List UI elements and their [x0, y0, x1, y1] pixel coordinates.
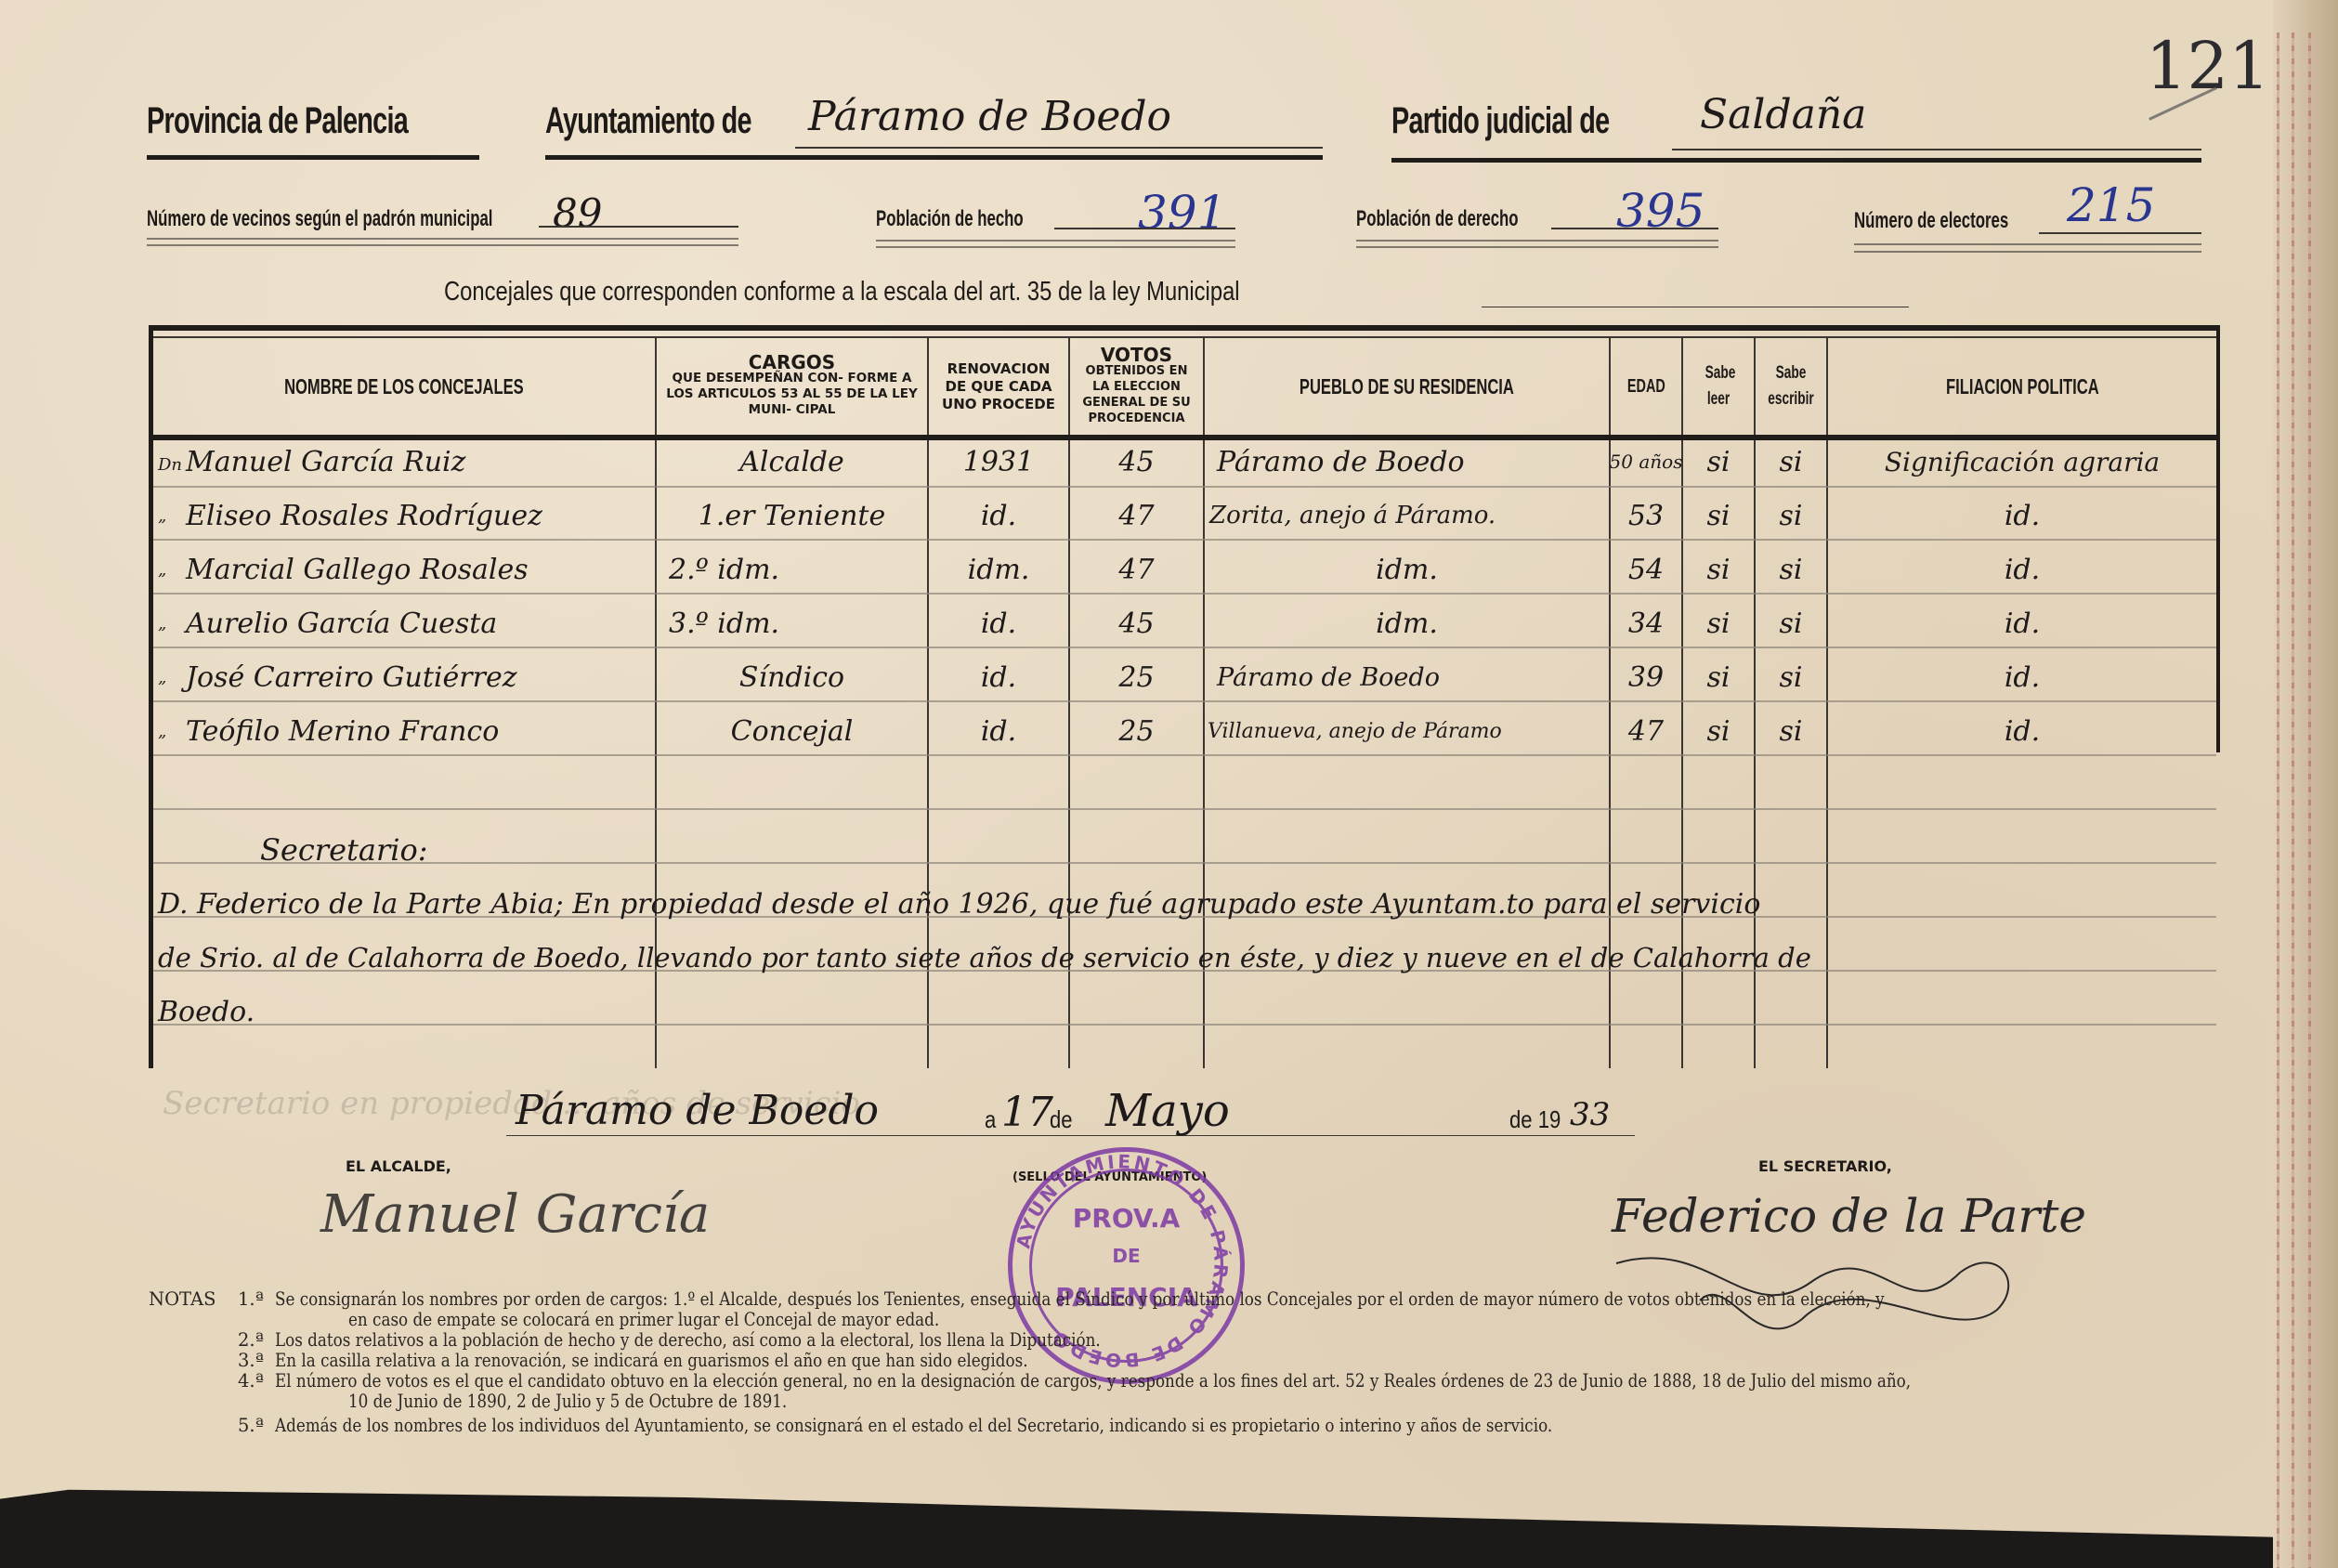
row-rule	[153, 539, 2216, 541]
pueblo-cell: Zorita, anejo á Páramo.	[1209, 492, 1496, 539]
binding-page-edge	[2292, 33, 2294, 1568]
date-de-label: de	[1050, 1105, 1073, 1134]
pueblo-cell: Páramo de Boedo	[1217, 438, 1465, 485]
col-header-leer: Sabe leer	[1683, 338, 1754, 435]
table-right-border	[2216, 325, 2220, 752]
book-binding-edge	[2273, 0, 2338, 1568]
cargo-cell: 2.º idm.	[669, 546, 779, 593]
row-prefix: „	[158, 654, 166, 700]
escribir-cell: si	[1756, 600, 1826, 647]
row-prefix: „	[158, 492, 166, 539]
filiacion-cell: id.	[1828, 492, 2216, 539]
col-header-edad: EDAD	[1611, 338, 1681, 435]
leer-cell: si	[1683, 546, 1754, 593]
renovacion-cell: id.	[929, 600, 1068, 647]
col-header-filiacion: FILIACION POLITICA	[1828, 338, 2216, 435]
leer-cell: si	[1683, 654, 1754, 700]
document-page: 121 Provincia de Palencia Ayuntamiento d…	[0, 0, 2285, 1537]
edad-cell: 47	[1611, 708, 1681, 754]
col-header-votos: VOTOS OBTENIDOS EN LA ELECCION GENERAL D…	[1070, 338, 1203, 435]
edad-cell: 39	[1611, 654, 1681, 700]
note-text: Se consignarán los nombres por orden de …	[275, 1289, 1885, 1310]
note-number: 2.ª	[238, 1330, 264, 1351]
secretario-label: EL SECRETARIO,	[1758, 1157, 1892, 1175]
row-prefix: „	[158, 708, 166, 754]
escribir-cell: si	[1756, 438, 1826, 485]
filiacion-cell: id.	[1828, 654, 2216, 700]
renovacion-cell: id.	[929, 654, 1068, 700]
nombre-cell: Marcial Gallego Rosales	[186, 546, 529, 593]
pueblo-cell: idm.	[1205, 546, 1609, 593]
votos-cell: 47	[1070, 546, 1203, 593]
col-header-renovacion: RENOVACION DE QUE CADA UNO PROCEDE	[929, 338, 1068, 435]
hecho-label: Población de hecho	[876, 206, 1024, 232]
electores-value: 215	[2067, 178, 2155, 232]
row-rule	[153, 593, 2216, 595]
hecho-fill-line	[1054, 228, 1235, 229]
date-year-suffix: 33	[1570, 1096, 1610, 1133]
note-number: 1.ª	[238, 1289, 264, 1310]
col-header-nombre: NOMBRE DE LOS CONCEJALES	[153, 338, 655, 435]
renovacion-cell: id.	[929, 492, 1068, 539]
escribir-cell: si	[1756, 708, 1826, 754]
provincia-underline	[147, 155, 479, 160]
votos-cell: 45	[1070, 600, 1203, 647]
stamp-line1: PROV.A	[1012, 1203, 1240, 1234]
leer-cell: si	[1683, 708, 1754, 754]
note-number: 5.ª	[238, 1416, 264, 1436]
electores-rule2	[1854, 251, 2201, 253]
cargo-cell: Síndico	[657, 654, 927, 700]
renovacion-cell: id.	[929, 708, 1068, 754]
cargo-cell: 3.º idm.	[669, 600, 779, 647]
secretario-line: de Srio. al de Calahorra de Boedo, lleva…	[158, 934, 1811, 981]
secretario-line: D. Federico de la Parte Abia; En propied…	[158, 881, 1760, 927]
vecinos-rule1	[147, 238, 738, 240]
pueblo-cell: Páramo de Boedo	[1217, 654, 1440, 700]
partido-label: Partido judicial de	[1391, 100, 1609, 142]
date-a-label: a	[985, 1105, 996, 1134]
nombre-cell: José Carreiro Gutiérrez	[186, 654, 517, 700]
row-rule	[153, 808, 2216, 810]
edad-cell: 53	[1611, 492, 1681, 539]
escribir-cell: si	[1756, 546, 1826, 593]
secretario-heading: Secretario:	[260, 827, 428, 873]
ayuntamiento-label: Ayuntamiento de	[545, 100, 751, 142]
partido-underline	[1391, 158, 2201, 163]
note-text: en caso de empate se colocará en primer …	[348, 1310, 939, 1330]
note-text: En la casilla relativa a la renovación, …	[275, 1351, 1028, 1371]
votos-cell: 25	[1070, 654, 1203, 700]
renovacion-cell: idm.	[929, 546, 1068, 593]
vecinos-value: 89	[553, 190, 602, 236]
ayuntamiento-underline	[545, 155, 1323, 160]
vecinos-label: Número de vecinos según el padrón munici…	[147, 206, 492, 232]
filiacion-cell: id.	[1828, 708, 2216, 754]
leer-cell: si	[1683, 438, 1754, 485]
derecho-value: 395	[1616, 184, 1705, 238]
escribir-cell: si	[1756, 654, 1826, 700]
secretario-line: Boedo.	[158, 988, 255, 1035]
date-year-label: de 19	[1509, 1105, 1561, 1134]
renovacion-cell: 1931	[929, 438, 1068, 485]
vecinos-rule2	[147, 244, 738, 246]
binding-page-edge	[2308, 33, 2311, 1568]
ayuntamiento-value: Páramo de Boedo	[808, 93, 1171, 140]
derecho-label: Población de derecho	[1356, 206, 1519, 232]
table-top-border	[149, 325, 2220, 331]
filiacion-cell: id.	[1828, 600, 2216, 647]
nombre-cell: Aurelio García Cuesta	[186, 600, 497, 647]
partido-value: Saldaña	[1700, 91, 1866, 138]
notes-label: NOTAS	[149, 1289, 216, 1310]
derecho-rule1	[1356, 240, 1718, 242]
dateline-rule	[506, 1135, 1635, 1136]
electores-rule1	[1854, 243, 2201, 245]
row-prefix: „	[158, 600, 166, 647]
cargo-cell: Alcalde	[657, 438, 927, 485]
cargo-cell: Concejal	[657, 708, 927, 754]
note-text: El número de votos es el que el candidat…	[275, 1371, 1911, 1392]
votos-cell: 45	[1070, 438, 1203, 485]
ayuntamiento-fill-line	[795, 147, 1323, 149]
alcalde-signature: Manuel García	[320, 1184, 710, 1245]
filiacion-cell: Significación agraria	[1828, 438, 2216, 485]
hecho-rule2	[876, 246, 1235, 248]
partido-fill-line	[1672, 149, 2201, 150]
filiacion-cell: id.	[1828, 546, 2216, 593]
hecho-rule1	[876, 240, 1235, 242]
row-rule	[153, 647, 2216, 648]
leer-cell: si	[1683, 600, 1754, 647]
edad-cell: 54	[1611, 546, 1681, 593]
note-number: 4.ª	[238, 1371, 264, 1392]
votos-cell: 25	[1070, 708, 1203, 754]
pueblo-cell: Villanueva, anejo de Páramo	[1208, 708, 1502, 754]
vecinos-fill-line	[539, 226, 738, 228]
derecho-rule2	[1356, 246, 1718, 248]
note-text: Además de los nombres de los individuos …	[275, 1416, 1552, 1436]
nombre-cell: Manuel García Ruiz	[186, 438, 465, 485]
row-prefix: „	[158, 546, 166, 593]
row-rule	[153, 754, 2216, 756]
note-number: 3.ª	[238, 1351, 264, 1371]
edad-cell: 50 años	[1611, 438, 1681, 485]
date-month: Mayo	[1105, 1085, 1230, 1137]
electores-fill-line	[2039, 232, 2201, 234]
subtitle: Concejales que corresponden conforme a l…	[444, 277, 1240, 307]
binding-page-edge	[2277, 33, 2279, 1568]
cargo-cell: 1.er Teniente	[657, 492, 927, 539]
col-header-pueblo: PUEBLO DE SU RESIDENCIA	[1205, 338, 1609, 435]
row-prefix: Dn	[158, 441, 182, 488]
derecho-fill-line	[1551, 228, 1718, 229]
note-text: Los datos relativos a la población de he…	[275, 1330, 1101, 1351]
alcalde-label: EL ALCALDE,	[346, 1157, 451, 1175]
hecho-value: 391	[1138, 186, 1226, 240]
row-rule	[153, 486, 2216, 488]
stamp-line2: DE	[1012, 1245, 1240, 1267]
votos-cell: 47	[1070, 492, 1203, 539]
escribir-cell: si	[1756, 492, 1826, 539]
concejales-table: NOMBRE DE LOS CONCEJALES CARGOS QUE DESE…	[149, 325, 2220, 1068]
col-header-cargos: CARGOS QUE DESEMPEÑAN CON- FORME A LOS A…	[657, 338, 927, 435]
edad-cell: 34	[1611, 600, 1681, 647]
nombre-cell: Teófilo Merino Franco	[186, 708, 499, 754]
nombre-cell: Eliseo Rosales Rodríguez	[186, 492, 542, 539]
pueblo-cell: idm.	[1205, 600, 1609, 647]
row-rule	[153, 700, 2216, 702]
subtitle-fill-line	[1482, 307, 1909, 307]
row-rule	[153, 862, 2216, 864]
electores-label: Número de electores	[1854, 208, 2008, 234]
leer-cell: si	[1683, 492, 1754, 539]
signature-flourish	[1598, 1226, 2044, 1338]
col-header-escribir: Sabe escribir	[1756, 338, 1826, 435]
row-rule	[153, 1024, 2216, 1026]
note-text: 10 de Junio de 1890, 2 de Julio y 5 de O…	[348, 1392, 787, 1412]
provincia-label: Provincia de Palencia	[147, 100, 408, 142]
date-place: Páramo de Boedo	[516, 1087, 879, 1134]
date-day: 17	[1001, 1089, 1053, 1136]
